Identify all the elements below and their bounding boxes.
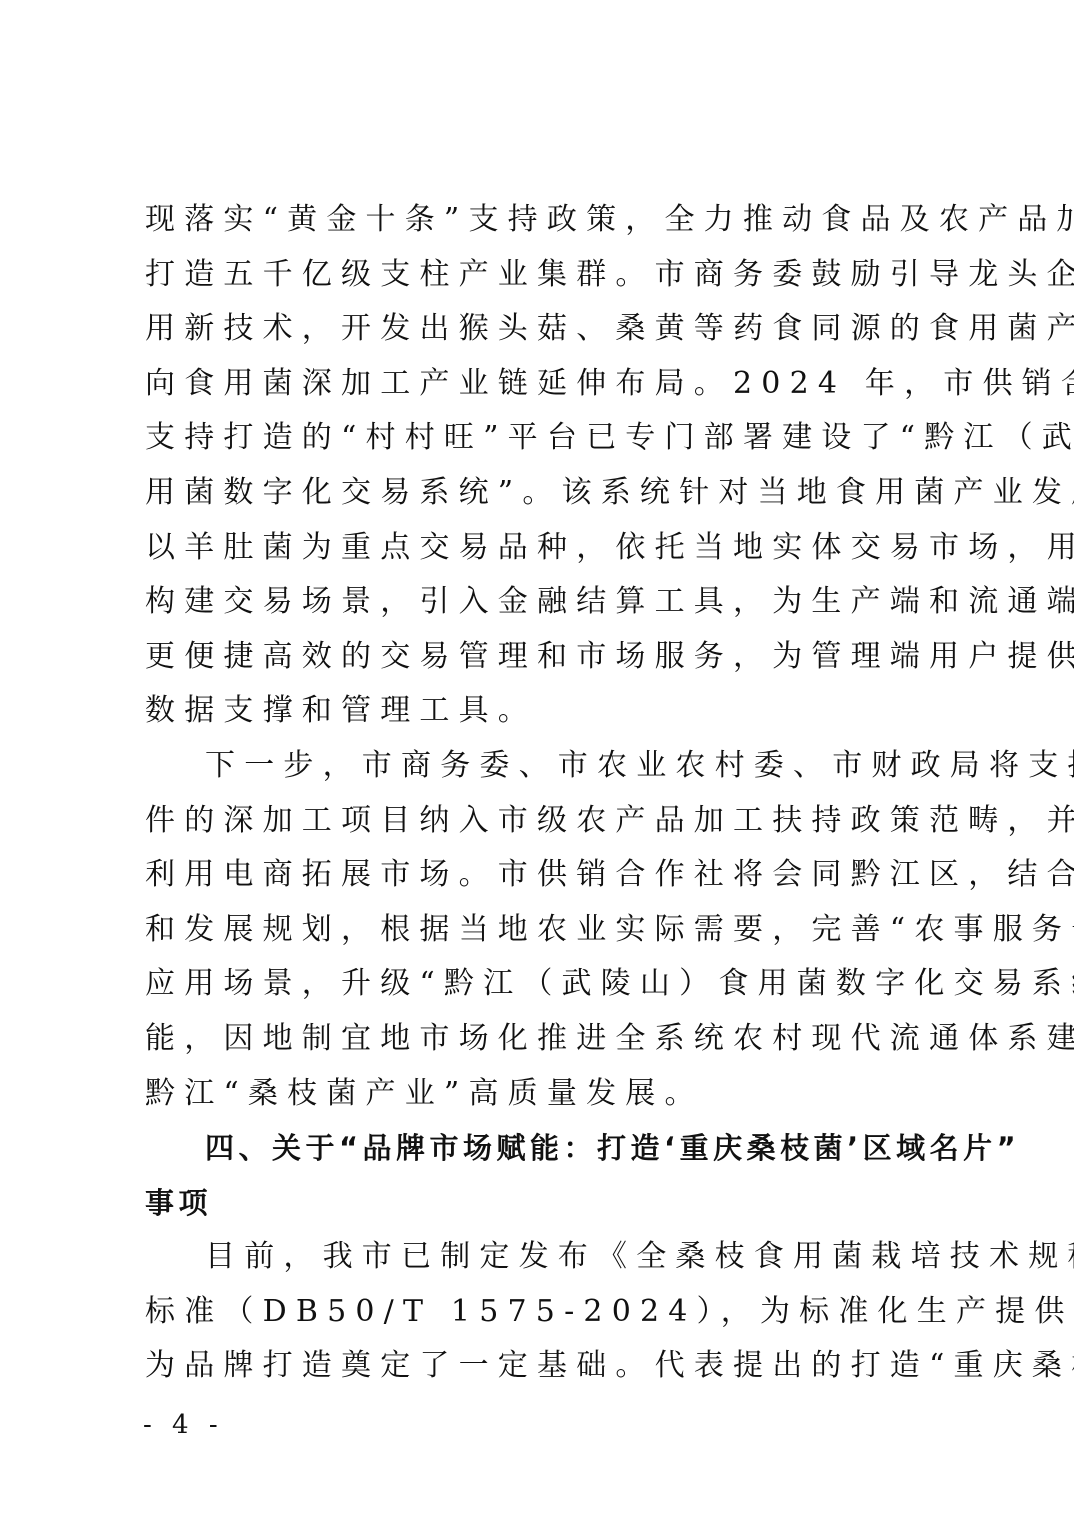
heading-line: 事项 xyxy=(145,1176,945,1231)
text-line: 向食用菌深加工产业链延伸布局。2024 年，市供销合作社重点 xyxy=(145,357,945,412)
text-line: 用新技术，开发出猴头菇、桑黄等药食同源的食用菌产品，正在 xyxy=(145,302,945,357)
heading-line: 四、关于“品牌市场赋能：打造‘重庆桑枝菌’区域名片” xyxy=(145,1121,945,1176)
text-line: 能，因地制宜地市场化推进全系统农村现代流通体系建设，助推 xyxy=(145,1012,945,1067)
text-line: 件的深加工项目纳入市级农产品加工扶持政策范畴，并鼓励企业 xyxy=(145,794,945,849)
text-line: 打造五千亿级支柱产业集群。市商务委鼓励引导龙头企业积极应 xyxy=(145,248,945,303)
text-line: 黔江“桑枝菌产业”高质量发展。 xyxy=(145,1067,945,1122)
text-line: 更便捷高效的交易管理和市场服务，为管理端用户提供更准确的 xyxy=(145,630,945,685)
text-line: 目前，我市已制定发布《全桑枝食用菌栽培技术规程》地方 xyxy=(145,1230,945,1285)
text-line: 用菌数字化交易系统”。该系统针对当地食用菌产业发展特点， xyxy=(145,466,945,521)
page-number: - 4 - xyxy=(143,1410,224,1440)
text-line: 利用电商拓展市场。市供销合作社将会同黔江区，结合产业政策 xyxy=(145,848,945,903)
text-line: 下一步，市商务委、市农业农村委、市财政局将支持符合条 xyxy=(145,739,945,794)
text-line: 数据支撑和管理工具。 xyxy=(145,684,945,739)
text-line: 现落实“黄金十条”支持政策，全力推动食品及农产品加工产业 xyxy=(145,193,945,248)
section-heading-brand-market: 四、关于“品牌市场赋能：打造‘重庆桑枝菌’区域名片” 事项 xyxy=(145,1121,945,1230)
text-line: 标准（DB50/T 1575-2024），为标准化生产提供了技术支撑，也 xyxy=(145,1285,945,1340)
paragraph-policy-support: 现落实“黄金十条”支持政策，全力推动食品及农产品加工产业 打造五千亿级支柱产业集… xyxy=(145,193,945,739)
text-line: 为品牌打造奠定了一定基础。代表提出的打造“重庆桑枝菌”区域 xyxy=(145,1339,945,1394)
text-line: 应用场景，升级“黔江（武陵山）食用菌数字化交易系统”服务功 xyxy=(145,957,945,1012)
text-line: 以羊肚菌为重点交易品种，依托当地实体交易市场，用数字技术 xyxy=(145,521,945,576)
document-page: 现落实“黄金十条”支持政策，全力推动食品及农产品加工产业 打造五千亿级支柱产业集… xyxy=(0,0,1074,1520)
paragraph-next-steps: 下一步，市商务委、市农业农村委、市财政局将支持符合条 件的深加工项目纳入市级农产… xyxy=(145,739,945,1121)
document-body: 现落实“黄金十条”支持政策，全力推动食品及农产品加工产业 打造五千亿级支柱产业集… xyxy=(145,193,945,1394)
text-line: 和发展规划，根据当地农业实际需要，完善“农事服务一张网” xyxy=(145,903,945,958)
text-line: 构建交易场景，引入金融结算工具，为生产端和流通端用户提供 xyxy=(145,575,945,630)
text-line: 支持打造的“村村旺”平台已专门部署建设了“黔江（武陵山）食 xyxy=(145,411,945,466)
paragraph-local-standard: 目前，我市已制定发布《全桑枝食用菌栽培技术规程》地方 标准（DB50/T 157… xyxy=(145,1230,945,1394)
